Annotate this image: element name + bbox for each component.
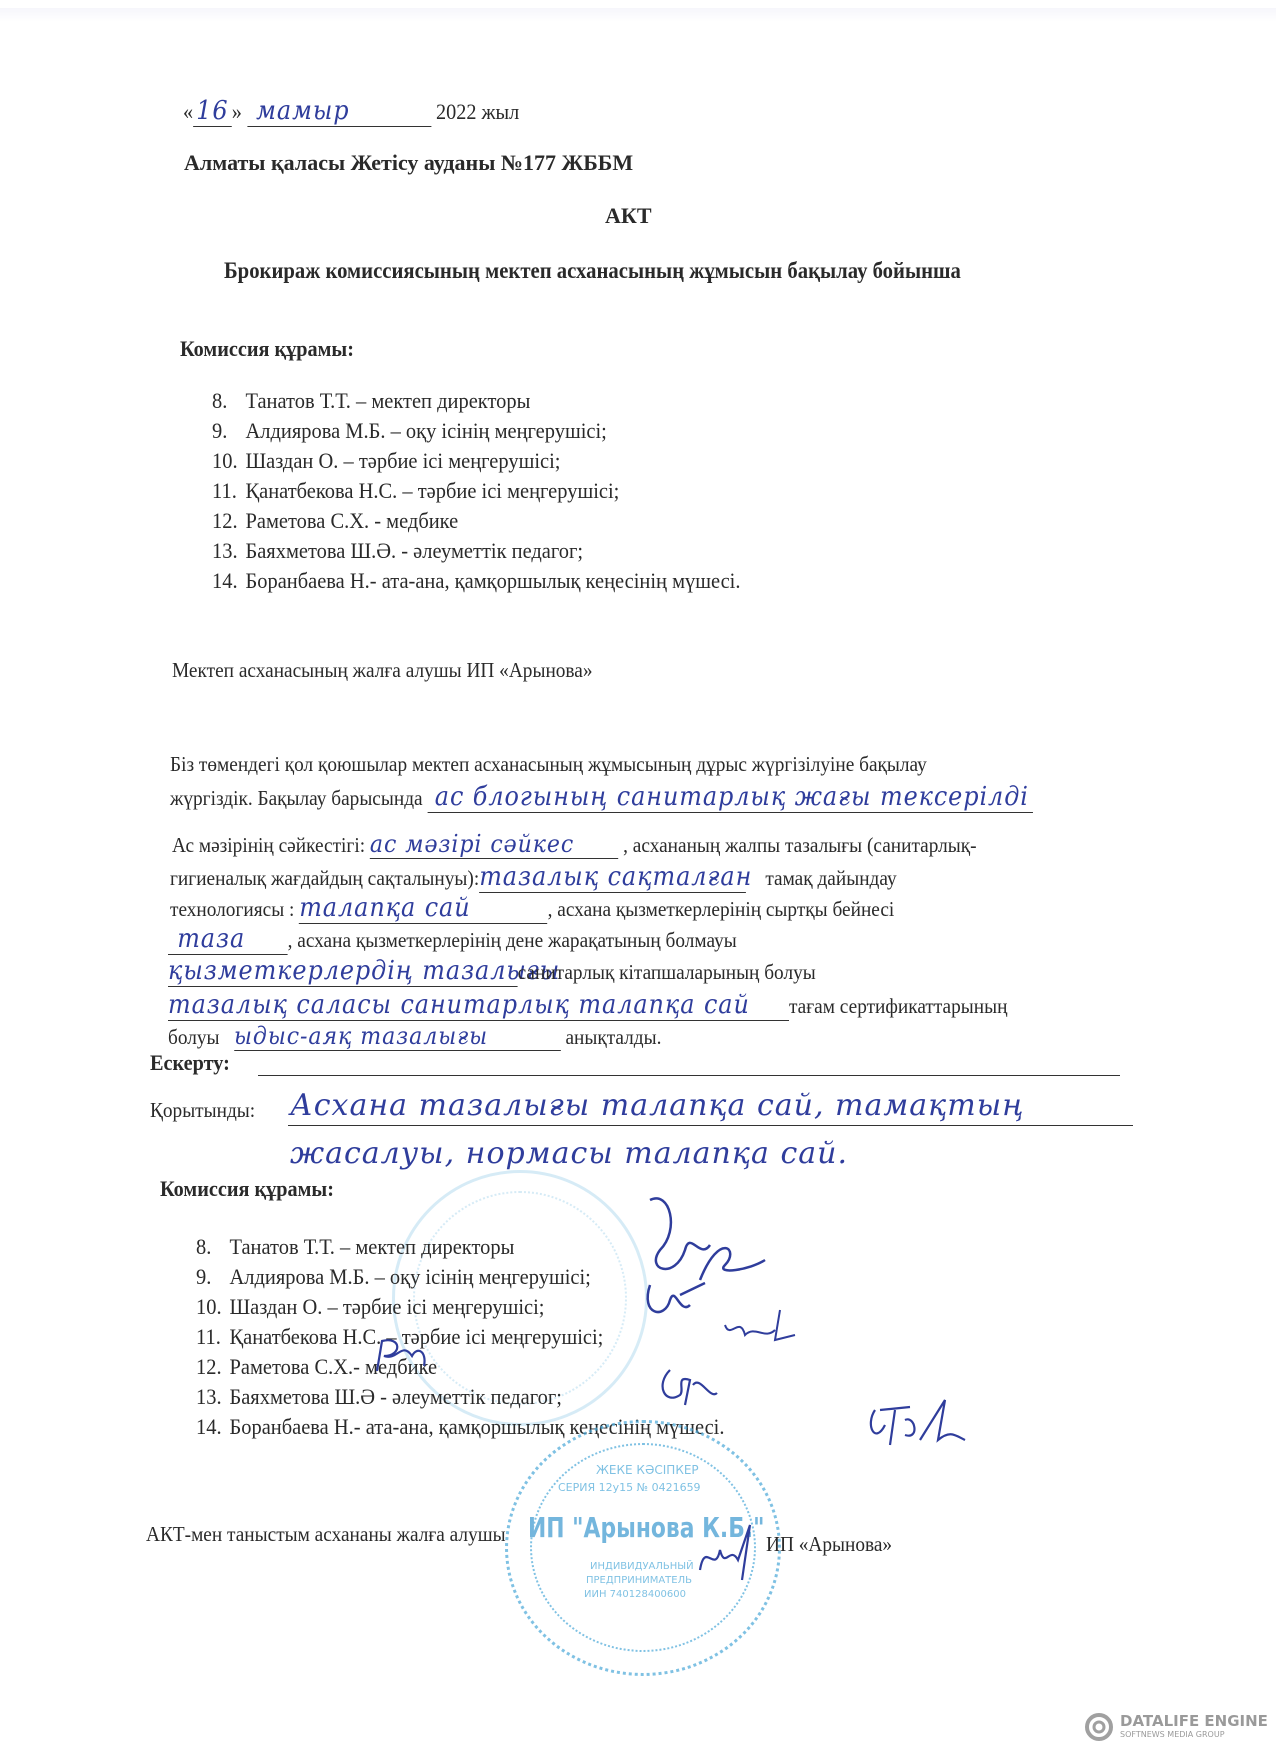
handwritten-appearance: таза <box>168 924 288 955</box>
handwritten-sanbook: тазалық саласы санитарлық талапқа сай <box>168 990 789 1021</box>
cert-line: болуы ыдыс-аяқ тазалығы анықталды. <box>168 1022 661 1051</box>
commission-heading-2: Комиссия құрамы: <box>160 1176 334 1202</box>
member-item: 11.Қанатбекова Н.С. – тәрбие ісі меңгеру… <box>196 1322 724 1352</box>
conclusion-line-1 <box>288 1125 1133 1126</box>
body-line-1: Біз төмендегі қол қоюшылар мектеп асхана… <box>170 752 927 777</box>
signature-icon <box>640 1275 710 1325</box>
handwritten-tech: талапқа сай <box>299 893 547 924</box>
conclusion-label: Қорытынды: <box>150 1098 255 1123</box>
member-item: 11.Қанатбекова Н.С. – тәрбие ісі меңгеру… <box>212 476 740 506</box>
doc-type: АКТ <box>605 203 652 229</box>
scan-edge <box>0 8 1276 22</box>
handwritten-cert: ыдыс-аяқ тазалығы <box>234 1022 561 1051</box>
signature-icon <box>720 1305 800 1345</box>
commission-heading: Комиссия құрамы: <box>180 336 354 362</box>
handwritten-day: 16 <box>193 96 232 127</box>
stamp-text-3: ИНДИВИДУАЛЬНЫЙ <box>590 1561 694 1572</box>
acknowledgement-line: АКТ-мен таныстым асхананы жалға алушы <box>146 1522 506 1547</box>
member-item: 12.Раметова С.Х.- медбике <box>196 1352 724 1382</box>
menu-line: Ас мәзірінің сәйкестігі: ас мәзірі сәйке… <box>172 830 977 859</box>
member-item: 8.Танатов Т.Т. – мектеп директоры <box>212 386 740 416</box>
handwritten-conclusion-2: жасалуы, нормасы талапқа сай. <box>290 1136 848 1171</box>
stamp-text-5: ИИН 740128400600 <box>584 1589 686 1600</box>
member-item: 9.Алдиярова М.Б. – оқу ісінің меңгерушіс… <box>212 416 740 446</box>
watermark-subtitle: SOFTNEWS MEDIA GROUP <box>1120 1730 1225 1739</box>
acknowledgement-ip: ИП «Арынова» <box>766 1532 892 1557</box>
handwritten-menu: ас мәзірі сәйкес <box>370 830 618 859</box>
signature-icon <box>372 1336 432 1376</box>
handwritten-inspection: ас блогының санитарлық жағы тексерілді <box>427 782 1032 813</box>
member-item: 13.Баяхметова Ш.Ә - әлеуметтік педагог; <box>196 1382 724 1412</box>
note-line <box>258 1075 1120 1076</box>
watermark-title: DATALIFE ENGINE <box>1120 1712 1268 1730</box>
commission-list: 8.Танатов Т.Т. – мектеп директоры 9.Алди… <box>212 386 740 596</box>
member-item: 10.Шаздан О. – тәрбие ісі меңгерушісі; <box>212 446 740 476</box>
signature-icon <box>655 1365 725 1410</box>
signature-icon <box>860 1395 970 1455</box>
handwritten-conclusion-1: Асхана тазалығы талапқа сай, тамақтың <box>290 1088 1025 1123</box>
body-line-2: жүргіздік. Бақылау барысында ас блогының… <box>170 782 1033 813</box>
watermark: DATALIFE ENGINE SOFTNEWS MEDIA GROUP <box>1084 1708 1274 1748</box>
tenant-line: Мектеп асханасының жалға алушы ИП «Арыно… <box>172 658 593 683</box>
handwritten-hygiene: тазалық сақталған <box>479 862 746 893</box>
appearance-line: таза, асхана қызметкерлерінің дене жарақ… <box>168 924 737 955</box>
datalife-logo-icon <box>1084 1712 1114 1742</box>
stamp-text-1: ЖЕКЕ КӘСІПКЕР <box>596 1463 699 1477</box>
doc-subtitle: Брокираж комиссиясының мектеп асханасыны… <box>224 258 961 284</box>
hygiene-line: гигиеналық жағдайдың сақталынуы):тазалық… <box>170 862 897 893</box>
injury-line: қызметкерлердің тазалығысанитарлық кітап… <box>168 956 816 987</box>
handwritten-month: мамыр <box>247 96 431 127</box>
date-line: «16» мамыр 2022 жыл <box>183 96 519 127</box>
year: 2022 жыл <box>436 99 519 124</box>
signature-icon <box>690 1520 760 1590</box>
member-item: 14.Боранбаева Н.- ата-ана, қамқоршылық к… <box>212 566 740 596</box>
handwritten-injury: қызметкерлердің тазалығы <box>168 956 518 987</box>
member-item: 13.Баяхметова Ш.Ә. - әлеуметтік педагог; <box>212 536 740 566</box>
stamp-text-2: СЕРИЯ 12у15 № 0421659 <box>558 1481 701 1494</box>
member-item: 12.Раметова С.Х. - медбике <box>212 506 740 536</box>
organization: Алматы қаласы Жетісу ауданы №177 ЖББМ <box>184 150 633 176</box>
tech-line: технологиясы : талапқа сай, асхана қызме… <box>170 893 894 924</box>
sanbook-line: тазалық саласы санитарлық талапқа сайтағ… <box>168 990 1007 1021</box>
stamp-text-4: ПРЕДПРИНИМАТЕЛЬ <box>586 1575 692 1586</box>
note-label: Ескерту: <box>150 1050 230 1076</box>
